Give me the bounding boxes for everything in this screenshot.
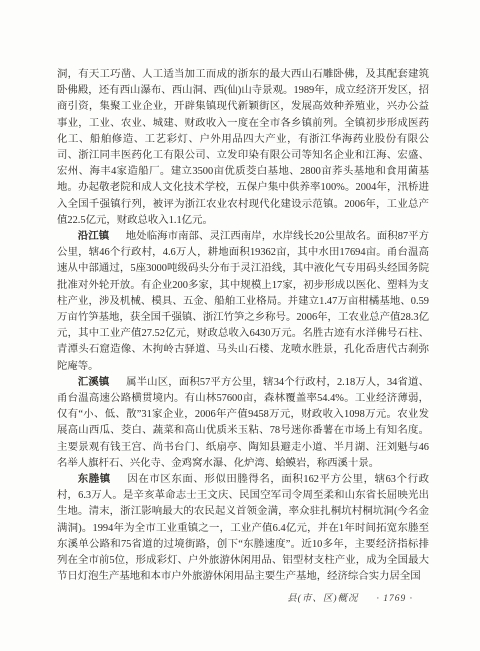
- town-name-yanjiang: 沿江镇: [78, 231, 109, 242]
- paragraph-xunqiao-continuation: 洞，有天工巧凿、人工适当加工而成的浙东的最大西山石雕卧佛，及其配套建筑卧佛殿，还…: [57, 67, 429, 229]
- paragraph-text: 洞，有天工巧凿、人工适当加工而成的浙东的最大西山石雕卧佛，及其配套建筑卧佛殿，还…: [57, 69, 429, 226]
- paragraph-huixi-town: 汇溪镇属半山区，面积57平方公里，辖34个行政村，2.18万人，34省道、甬台温…: [57, 375, 429, 472]
- body-text-block: 洞，有天工巧凿、人工适当加工而成的浙东的最大西山石雕卧佛，及其配套建筑卧佛殿，还…: [57, 67, 429, 586]
- footer-section-label: 县(市、区)概况: [287, 590, 358, 604]
- scanned-book-page: 洞，有天工巧凿、人工适当加工而成的浙东的最大西山石雕卧佛，及其配套建筑卧佛殿，还…: [0, 0, 480, 651]
- page-footer: 县(市、区)概况 · 1769 ·: [0, 590, 413, 604]
- paragraph-text: 地处临海市南部、灵江西南岸，水岸线长20公里故名。面积87平方公里，辖46个行政…: [57, 231, 429, 372]
- town-name-dongcheng: 东塍镇: [78, 474, 111, 485]
- footer-page-number: · 1769 ·: [377, 594, 414, 604]
- paragraph-dongcheng-town: 东塍镇因在市区东面、形似田塍得名，面积162平方公里，辖63个行政村，6.3万人…: [57, 472, 429, 585]
- paragraph-yanjiang-town: 沿江镇地处临海市南部、灵江西南岸，水岸线长20公里故名。面积87平方公里，辖46…: [57, 229, 429, 375]
- town-name-huixi: 汇溪镇: [78, 377, 110, 388]
- paragraph-text: 属半山区，面积57平方公里，辖34个行政村，2.18万人，34省道、甬台温高速公…: [57, 377, 429, 469]
- paragraph-text: 因在市区东面、形似田塍得名，面积162平方公里，辖63个行政村，6.3万人。是辛…: [57, 474, 429, 582]
